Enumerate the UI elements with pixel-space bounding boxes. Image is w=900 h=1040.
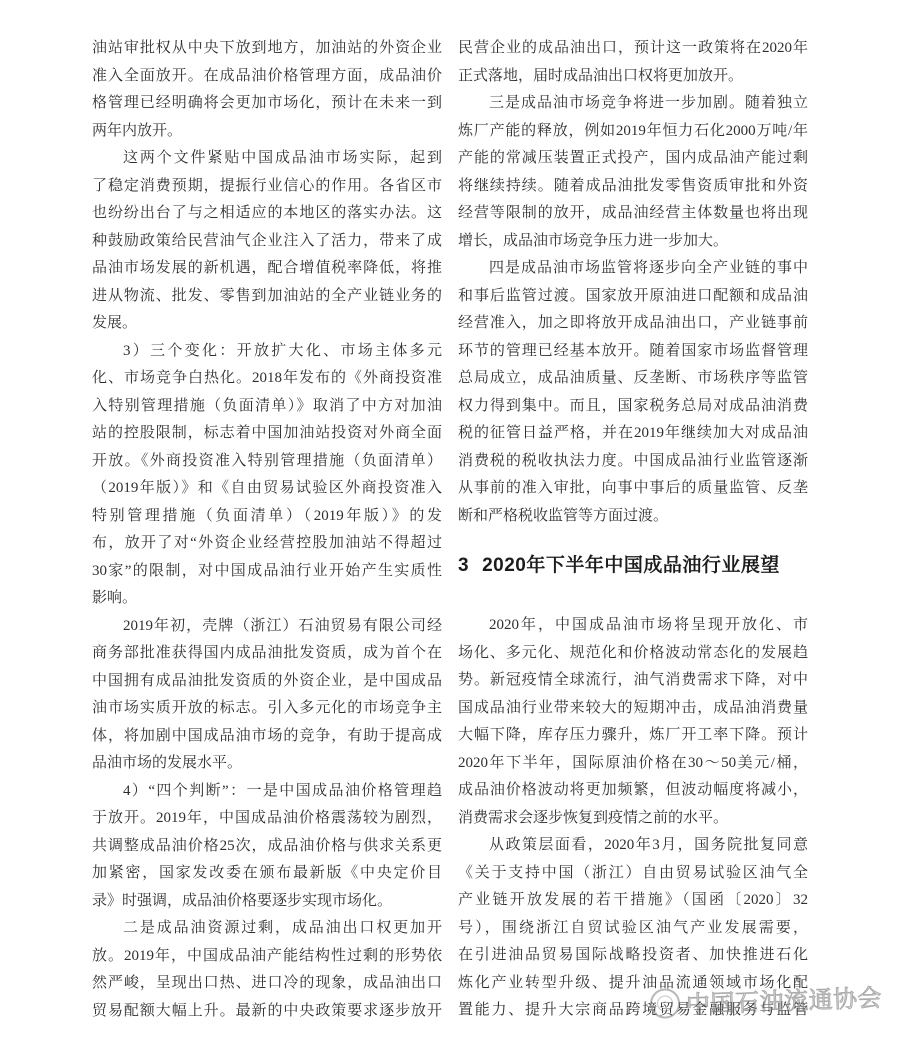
text-line: 权力得到集中。而且，国家税务总局对成品油消费 (458, 393, 808, 421)
text-line: 也纷纷出台了与之相适应的本地区的落实办法。这 (92, 200, 442, 228)
text-line: 然严峻，呈现出口热、进口冷的现象，成品油出口 (92, 970, 442, 998)
text-line: 号），围绕浙江自贸试验区油气产业发展需要， (458, 915, 808, 943)
text-line: 置能力、提升大宗商品跨境贸易金融服务与监管 (458, 997, 808, 1025)
text-line: 30家”的限制，对中国成品油行业开始产生实质性 (92, 558, 442, 586)
text-line: 两年内放开。 (92, 118, 442, 146)
right-column-upper-text: 民营企业的成品油出口，预计这一政策将在2020年正式落地，届时成品油出口权将更加… (458, 35, 808, 530)
text-line: 共调整成品油价格25次，成品油价格与供求关系更 (92, 833, 442, 861)
text-line: 消费税的税收执法力度。中国成品油行业监管逐渐 (458, 448, 808, 476)
text-line: 这两个文件紧贴中国成品油市场实际，起到 (92, 145, 442, 173)
text-line: 发展。 (92, 310, 442, 338)
text-line: 影响。 (92, 585, 442, 613)
text-line: 种鼓励政策给民营油气企业注入了活力，带来了成 (92, 228, 442, 256)
document-page: 油站审批权从中央下放到地方，加油站的外资企业准入全面放开。在成品油价格管理方面，… (0, 0, 900, 1040)
text-line: 进从物流、批发、零售到加油站的全产业链业务的 (92, 283, 442, 311)
left-column: 油站审批权从中央下放到地方，加油站的外资企业准入全面放开。在成品油价格管理方面，… (92, 35, 442, 1025)
text-line: 正式落地，届时成品油出口权将更加放开。 (458, 63, 808, 91)
text-line: 三是成品油市场竞争将进一步加剧。随着独立 (458, 90, 808, 118)
text-line: 录》时强调，成品油价格要逐步实现市场化。 (92, 888, 442, 916)
text-line: （2019年版）》和《自由贸易试验区外商投资准入 (92, 475, 442, 503)
text-line: 体，将加剧中国成品油市场的竞争，有助于提高成 (92, 723, 442, 751)
text-line: 站的控股限制，标志着中国加油站投资对外商全面 (92, 420, 442, 448)
right-column-lower-text: 2020年，中国成品油市场将呈现开放化、市场化、多元化、规范化和价格波动常态化的… (458, 612, 808, 1025)
text-line: 大幅下降，库存压力骤升，炼厂开工率下降。预计 (458, 722, 808, 750)
text-line: 成品油价格波动将更加频繁，但波动幅度将减小， (458, 777, 808, 805)
text-line: 加紧密，国家发改委在颁布最新版《中央定价目 (92, 860, 442, 888)
text-line: 《关于支持中国（浙江）自由贸易试验区油气全 (458, 860, 808, 888)
text-line: 中国拥有成品油批发资质的外资企业，是中国成品 (92, 668, 442, 696)
text-line: 从事前的准入审批，向事中事后的质量监管、反垄 (458, 475, 808, 503)
text-line: 于放开。2019年，中国成品油价格震荡较为剧烈， (92, 805, 442, 833)
text-line: 油市场实质开放的标志。引入多元化的市场竞争主 (92, 695, 442, 723)
text-line: 品油市场的发展水平。 (92, 750, 442, 778)
text-line: 3）三个变化：开放扩大化、市场主体多元 (92, 338, 442, 366)
text-line: 贸易配额大幅上升。最新的中央政策要求逐步放开 (92, 998, 442, 1026)
section-title: 2020年下半年中国成品油行业展望 (482, 555, 780, 576)
text-line: 4）“四个判断”：一是中国成品油价格管理趋 (92, 778, 442, 806)
text-line: 化、市场竞争白热化。2018年发布的《外商投资准 (92, 365, 442, 393)
text-line: 将继续持续。随着成品油批发零售资质审批和外资 (458, 173, 808, 201)
text-line: 布，放开了对“外资企业经营控股加油站不得超过 (92, 530, 442, 558)
text-line: 入特别管理措施（负面清单）》取消了中方对加油 (92, 393, 442, 421)
text-line: 产业链开放发展的若干措施》（国函〔2020〕32 (458, 887, 808, 915)
text-line: 经营准入，加之即将放开成品油出口，产业链事前 (458, 310, 808, 338)
text-line: 经营等限制的放开，成品油经营主体数量也将出现 (458, 200, 808, 228)
text-line: 品油市场发展的新机遇，配合增值税率降低，将推 (92, 255, 442, 283)
section-heading: 32020年下半年中国成品油行业展望 (458, 552, 808, 580)
text-line: 在引进油品贸易国际战略投资者、加快推进石化 (458, 942, 808, 970)
text-line: 炼厂产能的释放，例如2019年恒力石化2000万吨/年 (458, 118, 808, 146)
text-line: 增长，成品油市场竞争压力进一步加大。 (458, 228, 808, 256)
text-line: 消费需求会逐步恢复到疫情之前的水平。 (458, 805, 808, 833)
text-line: 四是成品油市场监管将逐步向全产业链的事中 (458, 255, 808, 283)
text-line: 总局成立，成品油质量、反垄断、市场秩序等监管 (458, 365, 808, 393)
text-line: 从政策层面看，2020年3月，国务院批复同意 (458, 832, 808, 860)
text-line: 油站审批权从中央下放到地方，加油站的外资企业 (92, 35, 442, 63)
text-line: 和事后监管过渡。国家放开原油进口配额和成品油 (458, 283, 808, 311)
text-line: 二是成品油资源过剩，成品油出口权更加开 (92, 915, 442, 943)
text-line: 准入全面放开。在成品油价格管理方面，成品油价 (92, 63, 442, 91)
text-line: 格管理已经明确将会更加市场化，预计在未来一到 (92, 90, 442, 118)
text-line: 环节的管理已经基本放开。随着国家市场监督管理 (458, 338, 808, 366)
text-line: 2020年，中国成品油市场将呈现开放化、市 (458, 612, 808, 640)
text-line: 场化、多元化、规范化和价格波动常态化的发展趋 (458, 640, 808, 668)
text-line: 了稳定消费预期，提振行业信心的作用。各省区市 (92, 173, 442, 201)
text-line: 商务部批准获得国内成品油批发资质，成为首个在 (92, 640, 442, 668)
text-line: 势。新冠疫情全球流行，油气消费需求下降，对中 (458, 667, 808, 695)
text-line: 放。2019年，中国成品油产能结构性过剩的形势依 (92, 943, 442, 971)
text-line: 断和严格税收监管等方面过渡。 (458, 503, 808, 531)
text-line: 税的征管日益严格，并在2019年继续加大对成品油 (458, 420, 808, 448)
section-number: 3 (458, 552, 469, 580)
text-line: 2020年下半年，国际原油价格在30～50美元/桶， (458, 750, 808, 778)
text-line: 特别管理措施（负面清单）（2019年版）》的发 (92, 503, 442, 531)
right-column: 民营企业的成品油出口，预计这一政策将在2020年正式落地，届时成品油出口权将更加… (458, 35, 808, 1025)
text-line: 开放。《外商投资准入特别管理措施（负面清单） (92, 448, 442, 476)
text-line: 民营企业的成品油出口，预计这一政策将在2020年 (458, 35, 808, 63)
text-line: 国成品油行业带来较大的短期冲击，成品油消费量 (458, 695, 808, 723)
text-line: 产能的常减压装置正式投产，国内成品油产能过剩 (458, 145, 808, 173)
text-line: 2019年初，壳牌（浙江）石油贸易有限公司经 (92, 613, 442, 641)
text-line: 炼化产业转型升级、提升油品流通领域市场化配 (458, 970, 808, 998)
